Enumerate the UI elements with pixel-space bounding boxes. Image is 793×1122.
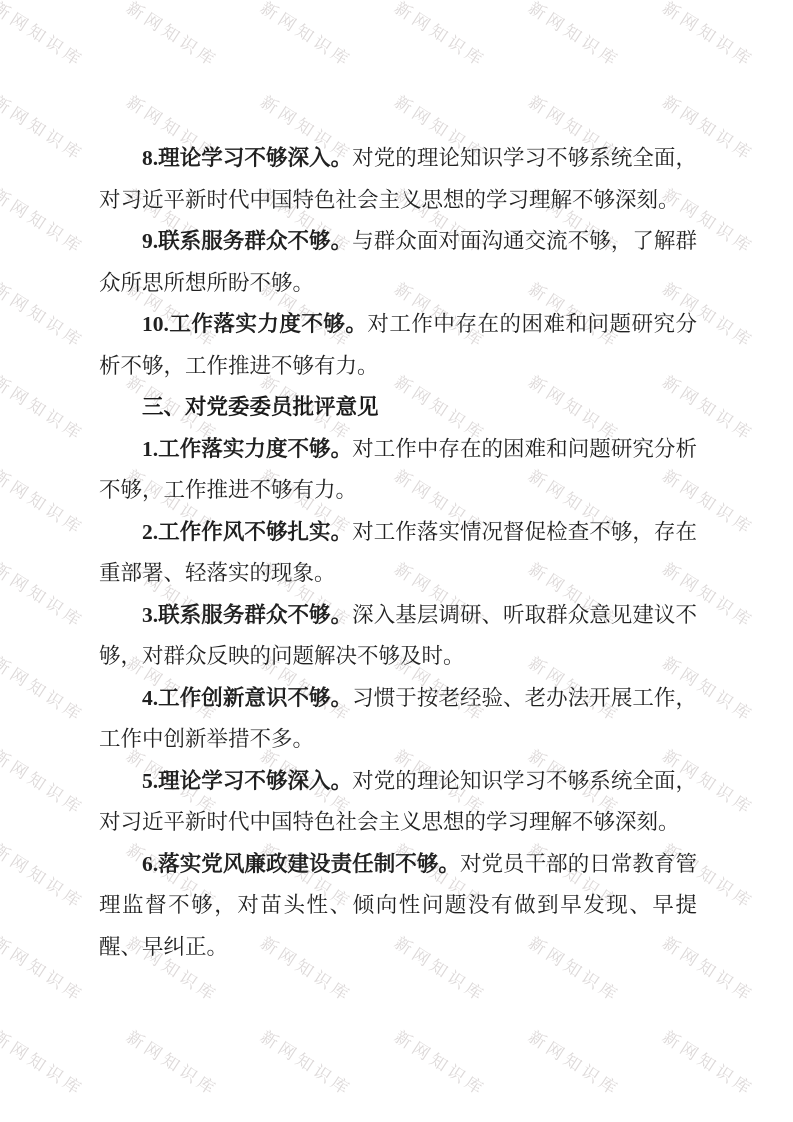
list-item: 5.理论学习不够深入。对党的理论知识学习不够系统全面，对习近平新时代中国特色社会… — [99, 761, 697, 844]
item-lead: 2.工作作风不够扎实。 — [142, 520, 352, 544]
list-item: 1.工作落实力度不够。对工作中存在的困难和问题研究分析不够，工作推进不够有力。 — [99, 429, 697, 512]
watermark-text: 新网知识库 — [390, 1023, 492, 1101]
watermark-text: 新网知识库 — [0, 555, 90, 633]
watermark-text: 新网知识库 — [0, 836, 90, 914]
document-page: 新网知识库新网知识库新网知识库新网知识库新网知识库新网知识库新网知识库新网知识库… — [0, 0, 793, 1122]
item-lead: 1.工作落实力度不够。 — [142, 437, 352, 461]
list-item: 8.理论学习不够深入。对党的理论知识学习不够系统全面，对习近平新时代中国特色社会… — [99, 138, 697, 221]
item-lead: 10.工作落实力度不够。 — [142, 312, 367, 336]
item-lead: 8.理论学习不够深入。 — [142, 146, 352, 170]
list-item: 2.工作作风不够扎实。对工作落实情况督促检查不够，存在重部署、轻落实的现象。 — [99, 512, 697, 595]
watermark-text: 新网知识库 — [0, 88, 90, 166]
watermark-text: 新网知识库 — [122, 1023, 224, 1101]
watermark-text: 新网知识库 — [0, 181, 90, 259]
item-lead: 6.落实党风廉政建设责任制不够。 — [142, 852, 460, 876]
watermark-text: 新网知识库 — [0, 275, 90, 353]
section-heading: 三、对党委委员批评意见 — [99, 387, 697, 429]
list-item: 4.工作创新意识不够。习惯于按老经验、老办法开展工作，工作中创新举措不多。 — [99, 678, 697, 761]
watermark-text: 新网知识库 — [658, 1023, 760, 1101]
watermark-text: 新网知识库 — [390, 0, 492, 72]
item-lead: 4.工作创新意识不够。 — [142, 686, 352, 710]
watermark-text: 新网知识库 — [524, 0, 626, 72]
watermark-text: 新网知识库 — [0, 1023, 90, 1101]
list-item: 9.联系服务群众不够。与群众面对面沟通交流不够，了解群众所思所想所盼不够。 — [99, 221, 697, 304]
list-item: 6.落实党风廉政建设责任制不够。对党员干部的日常教育管理监督不够，对苗头性、倾向… — [99, 844, 697, 969]
watermark-text: 新网知识库 — [524, 1023, 626, 1101]
item-lead: 9.联系服务群众不够。 — [142, 229, 352, 253]
watermark-text: 新网知识库 — [0, 462, 90, 540]
list-item: 10.工作落实力度不够。对工作中存在的困难和问题研究分析不够，工作推进不够有力。 — [99, 304, 697, 387]
watermark-text: 新网知识库 — [0, 649, 90, 727]
watermark-text: 新网知识库 — [122, 0, 224, 72]
watermark-text: 新网知识库 — [0, 929, 90, 1007]
item-lead: 3.联系服务群众不够。 — [142, 603, 352, 627]
watermark-text: 新网知识库 — [256, 1023, 358, 1101]
watermark-text: 新网知识库 — [0, 368, 90, 446]
watermark-text: 新网知识库 — [0, 0, 90, 72]
list-item: 3.联系服务群众不够。深入基层调研、听取群众意见建议不够，对群众反映的问题解决不… — [99, 595, 697, 678]
document-content: 8.理论学习不够深入。对党的理论知识学习不够系统全面，对习近平新时代中国特色社会… — [99, 138, 697, 968]
item-lead: 5.理论学习不够深入。 — [142, 769, 352, 793]
watermark-text: 新网知识库 — [0, 742, 90, 820]
watermark-text: 新网知识库 — [256, 0, 358, 72]
watermark-text: 新网知识库 — [658, 0, 760, 72]
